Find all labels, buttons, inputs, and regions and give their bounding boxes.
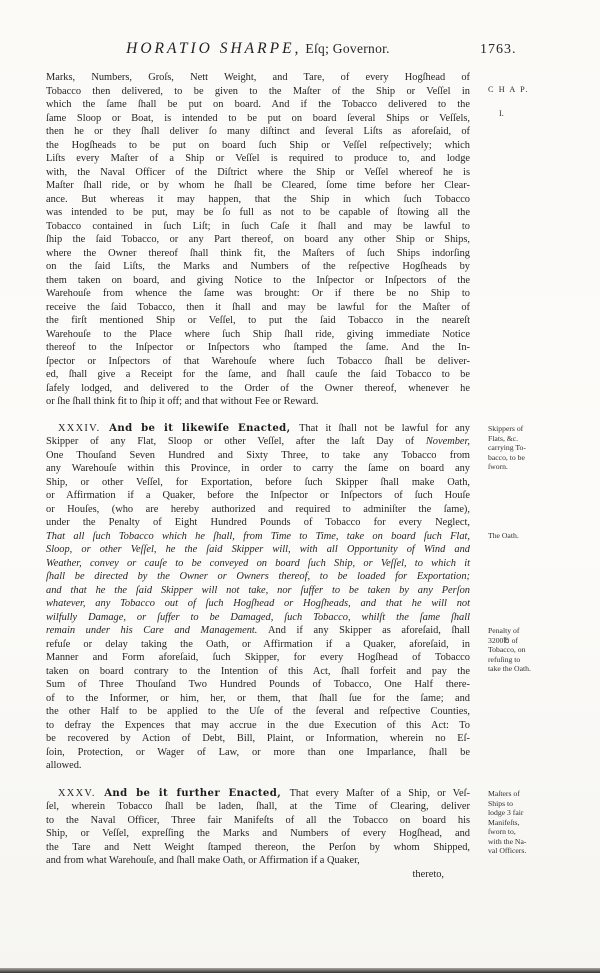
text-line: ance. But whereas it may happen, that th…	[46, 193, 470, 207]
text-line: whatever, any Tobacco out of ſuch Hogſhe…	[46, 597, 470, 611]
text-line: or Houſes, (who are hereby authorized an…	[46, 503, 470, 517]
text-line: the Tare and Nett Weight ſtamped thereon…	[46, 841, 470, 855]
text-line: One Thouſand Seven Hundred and Sixty Thr…	[46, 449, 470, 463]
text-line: Tobacco then delivered, to be given to t…	[46, 85, 470, 99]
running-title: HORATIO SHARPE,Eſq; Governor.	[46, 40, 470, 58]
text-line: to the Naval Officer, Three fair Manifeſ…	[46, 814, 470, 828]
text-line: the other Half to be applied to the Uſe …	[46, 705, 470, 719]
text-block: Marks, Numbers, Groſs, Nett Weight, and …	[46, 71, 470, 881]
text-line: ſhall be directed by the Owner or Owners…	[46, 570, 470, 584]
text-line: ed, ſhall give a Receipt for the ſame, a…	[46, 368, 470, 382]
text-line: ſhip the ſaid Tobacco, or any Part there…	[46, 233, 470, 247]
paragraph-xxxiv: XXXIV. And be it likewiſe Enacted, That …	[46, 422, 470, 773]
text-line: where the Owner thereof ſhall think fit,…	[46, 247, 470, 261]
text-line: Maſter ſhall ride, or by whom he ſhall b…	[46, 179, 470, 193]
text-line: Sum of Three Thouſand Two Hundred Pounds…	[46, 678, 470, 692]
paragraph-xxxv: XXXV. And be it further Enacted, That ev…	[46, 787, 470, 868]
text-line: ſafely lodged, and delivered to the Orde…	[46, 382, 470, 396]
text-line: allowed.	[46, 759, 470, 773]
text-line: be recovered by Action of Debt, Bill, Pl…	[46, 732, 470, 746]
text-line: with, the Naval Officer of the Diſtrict …	[46, 166, 470, 180]
text-line: of to the Informer, or him, her, or them…	[46, 692, 470, 706]
text-line: them taken on board, and giving Notice t…	[46, 274, 470, 288]
chapter-number: I.	[488, 108, 578, 120]
chapter-label: C H A P.	[488, 84, 578, 96]
text-line: under the Penalty of Eight Hundred Pound…	[46, 516, 470, 530]
text-line: remain under his Care and Management. An…	[46, 624, 470, 638]
text-line: on the ſaid Liſts, the Marks and Numbers…	[46, 260, 470, 274]
text-line: Ship, or Veſſel, expreſſing the Marks an…	[46, 827, 470, 841]
text-line: ſame Sloop or Boat, is intended to be pu…	[46, 112, 470, 126]
text-line: was intended to be put, may be ſo full a…	[46, 206, 470, 220]
governor-name: HORATIO SHARPE,	[126, 40, 301, 57]
governor-suffix: Eſq; Governor.	[305, 41, 389, 56]
text-line: XXXIV. And be it likewiſe Enacted, That …	[46, 422, 470, 436]
text-line: then he or they ſhall deliver ſo many di…	[46, 125, 470, 139]
catchword: thereto,	[46, 868, 470, 882]
text-line: Warehouſe from whence the ſame was broug…	[46, 287, 470, 301]
text-line: and from what Warehouſe, and ſhall make …	[46, 854, 470, 868]
text-line: Weather, convey or cauſe to be conveyed …	[46, 557, 470, 571]
margin-note-penalty: Penalty of 3200℔ of Tobacco, on refuſing…	[488, 626, 578, 674]
text-line: Liſts every Maſter of a Ship or Veſſel i…	[46, 152, 470, 166]
text-line: the Hogſheads to be put on board ſuch Sh…	[46, 139, 470, 153]
text-line: or Affirmation if a Quaker, before the I…	[46, 489, 470, 503]
paragraph-continuation: Marks, Numbers, Groſs, Nett Weight, and …	[46, 71, 470, 409]
text-line: Marks, Numbers, Groſs, Nett Weight, and …	[46, 71, 470, 85]
text-line: the firſt mentioned Ship or Veſſel, to p…	[46, 314, 470, 328]
text-line: thereof to the Inſpector or Inſpectors w…	[46, 341, 470, 355]
text-line: Warehouſe to the Place where ſuch Ship ſ…	[46, 328, 470, 342]
text-line: or ſhe ſhall think fit to ſhip it off; a…	[46, 395, 470, 409]
document-page: HORATIO SHARPE,Eſq; Governor. 1763. Mark…	[0, 0, 600, 973]
margin-note-the-oath: The Oath.	[488, 531, 578, 541]
text-line: Sloop, or other Veſſel, he the ſaid Skip…	[46, 543, 470, 557]
page-year: 1763.	[480, 42, 517, 58]
text-line: and that he the ſaid Skipper will not ta…	[46, 584, 470, 598]
text-line: Manner and Form aforeſaid, ſuch Skipper,…	[46, 651, 470, 665]
text-line: refuſe or delay taking the Oath, or Affi…	[46, 638, 470, 652]
text-line: ſoin, Protection, or Wager of Law, or mo…	[46, 746, 470, 760]
text-line: which the ſame ſhall be put on board. An…	[46, 98, 470, 112]
text-line: ſpector or Inſpectors of that Warehouſe …	[46, 355, 470, 369]
text-line: Ship, or other Veſſel, for Exportation, …	[46, 476, 470, 490]
text-line: ſel, wherein Tobacco ſhall be laden, ſha…	[46, 800, 470, 814]
margin-note-skippers-sworn: Skippers of Flats, &c. carrying To- bacc…	[488, 424, 578, 472]
margin-note-chapter: C H A P. I.	[488, 72, 578, 132]
text-line: XXXV. And be it further Enacted, That ev…	[46, 787, 470, 801]
text-line: receive the ſaid Tobacco, then it ſhall …	[46, 301, 470, 315]
text-line: That all ſuch Tobacco which he ſhall, fr…	[46, 530, 470, 544]
scan-bottom-edge	[0, 968, 600, 973]
text-line: any Warehouſe within this Province, in o…	[46, 462, 470, 476]
text-line: Tobacco contained in ſuch Liſt; in ſuch …	[46, 220, 470, 234]
text-line: wilfully Damage, or ſuffer to be Damaged…	[46, 611, 470, 625]
text-line: to defray the Expences that may accrue i…	[46, 719, 470, 733]
text-line: taken on board contrary to the Intention…	[46, 665, 470, 679]
margin-note-masters-manifests: Maſters of Ships to lodge 3 fair Manifeſ…	[488, 789, 578, 856]
text-line: Skipper of any Flat, Sloop or other Veſſ…	[46, 435, 470, 449]
